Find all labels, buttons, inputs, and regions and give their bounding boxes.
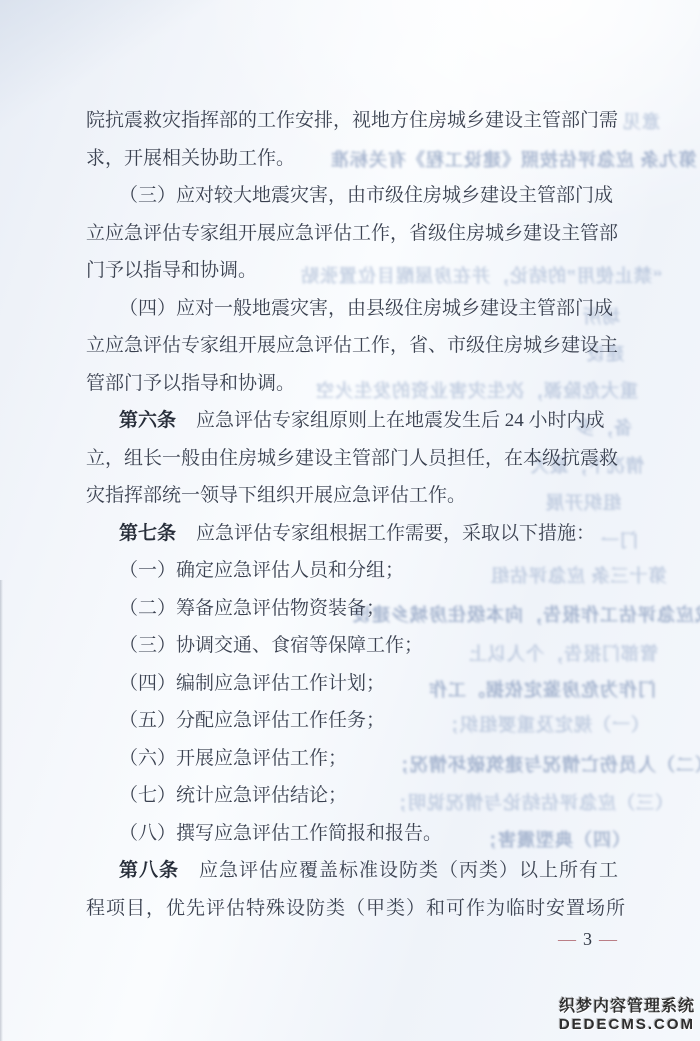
page-number-dash: —	[592, 929, 624, 949]
line-text: 立应急评估专家组开展应急评估工作，省级住房城乡建设主管部	[86, 223, 618, 244]
document-line: 院抗震救灾指挥部的工作安排，视地方住房城乡建设主管部门需	[86, 102, 626, 140]
line-text: 程项目，优先评估特殊设防类（甲类）和可作为临时安置场所	[86, 898, 626, 919]
document-line: 第八条应急评估应覆盖标准设防类（丙类）以上所有工	[86, 852, 626, 890]
line-text: 院抗震救灾指挥部的工作安排，视地方住房城乡建设主管部门需	[86, 110, 618, 131]
bleed-through-line: 意见	[622, 108, 660, 134]
line-text: 立，组长一般由住房城乡建设主管部门人员担任，在本级抗震救	[86, 448, 618, 469]
line-text: （七）统计应急评估结论；	[119, 785, 347, 806]
line-text: （八）撰写应急评估工作简报和报告。	[119, 823, 442, 844]
watermark: 织梦内容管理系统 DEDECMS.COM	[559, 999, 695, 1032]
line-text: 求，开展相关协助工作。	[86, 148, 295, 169]
line-text: （四）编制应急评估工作计划；	[119, 673, 385, 694]
article-term: 第七条	[119, 523, 176, 544]
page-number-value: 3	[583, 929, 592, 949]
line-text: 应急评估专家组根据工作需要，采取以下措施：	[196, 523, 595, 544]
article-term: 第六条	[119, 410, 176, 431]
document-line: （七）统计应急评估结论；	[86, 777, 626, 815]
watermark-chinese-text: 织梦内容管理系统	[559, 999, 695, 1015]
line-text: 立应急评估专家组开展应急评估工作，省、市级住房城乡建设主	[86, 335, 618, 356]
line-text: 灾指挥部统一领导下组织开展应急评估工作。	[86, 485, 466, 506]
document-line: （三）协调交通、食宿等保障工作；	[86, 627, 626, 665]
line-text: 门予以指导和协调。	[86, 260, 257, 281]
page-number: —3—	[551, 928, 624, 950]
document-line: 灾指挥部统一领导下组织开展应急评估工作。	[86, 477, 626, 515]
line-text: （三）协调交通、食宿等保障工作；	[119, 635, 423, 656]
line-text: 应急评估应覆盖标准设防类（丙类）以上所有工	[199, 860, 619, 881]
line-text: 应急评估专家组原则上在地震发生后 24 小时内成	[196, 410, 605, 431]
line-text: （一）确定应急评估人员和分组；	[119, 560, 404, 581]
line-text: （二）筹备应急评估物资装备；	[119, 598, 385, 619]
document-line: （五）分配应急评估工作任务；	[86, 702, 626, 740]
document-line: 管部门予以指导和协调。	[86, 365, 626, 403]
line-text: （三）应对较大地震灾害，由市级住房城乡建设主管部门成	[119, 185, 613, 206]
document-body: 院抗震救灾指挥部的工作安排，视地方住房城乡建设主管部门需 求，开展相关协助工作。…	[86, 102, 626, 927]
document-line: 第六条应急评估专家组原则上在地震发生后 24 小时内成	[86, 402, 626, 440]
document-line: 求，开展相关协助工作。	[86, 140, 626, 178]
page-number-dash: —	[551, 929, 583, 949]
line-text: （五）分配应急评估工作任务；	[119, 710, 385, 731]
document-line: （四）编制应急评估工作计划；	[86, 665, 626, 703]
document-line: （二）筹备应急评估物资装备；	[86, 590, 626, 628]
document-line: （八）撰写应急评估工作简报和报告。	[86, 815, 626, 853]
document-line: 程项目，优先评估特殊设防类（甲类）和可作为临时安置场所	[86, 890, 626, 928]
line-text: （四）应对一般地震灾害，由县级住房城乡建设主管部门成	[119, 298, 613, 319]
document-line: （一）确定应急评估人员和分组；	[86, 552, 626, 590]
document-line: （四）应对一般地震灾害，由县级住房城乡建设主管部门成	[86, 290, 626, 328]
document-line: 立应急评估专家组开展应急评估工作，省、市级住房城乡建设主	[86, 327, 626, 365]
line-text: （六）开展应急评估工作；	[119, 748, 347, 769]
document-line: （六）开展应急评估工作；	[86, 740, 626, 778]
document-line: 第七条应急评估专家组根据工作需要，采取以下措施：	[86, 515, 626, 553]
line-text: 管部门予以指导和协调。	[86, 373, 295, 394]
article-term: 第八条	[119, 860, 179, 881]
watermark-english-text: DEDECMS.COM	[559, 1017, 695, 1032]
scanned-document-page: 意见 第九条 应急评估按照《建设工程》有关标准 “禁止使用”的结论，并在房屋醒目…	[0, 0, 700, 1041]
document-line: 门予以指导和协调。	[86, 252, 626, 290]
document-line: 立应急评估专家组开展应急评估工作，省级住房城乡建设主管部	[86, 215, 626, 253]
document-line: 立，组长一般由住房城乡建设主管部门人员担任，在本级抗震救	[86, 440, 626, 478]
document-line: （三）应对较大地震灾害，由市级住房城乡建设主管部门成	[86, 177, 626, 215]
